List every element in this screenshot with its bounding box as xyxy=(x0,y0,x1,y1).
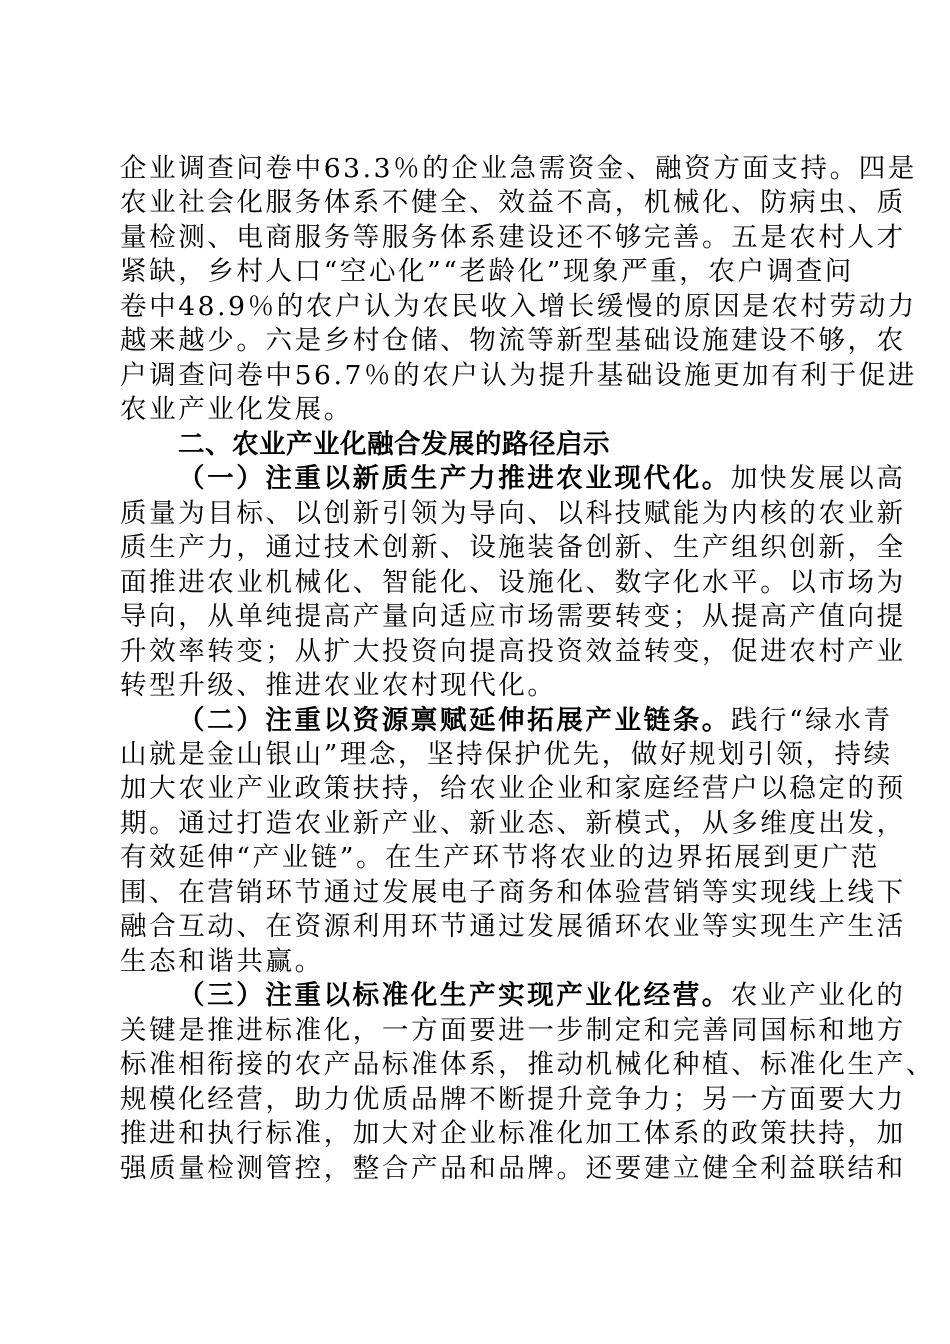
text-line: 围、在营销环节通过发展电子商务和体验营销等实现线上线下 xyxy=(120,876,830,910)
text-line: 生态和谐共赢。 xyxy=(120,945,830,979)
text-line: 企业调查问卷中63.3％的企业急需资金、融资方面支持。四是 xyxy=(120,152,830,186)
text-line: 质生产力，通过技术创新、设施装备创新、生产组织创新，全 xyxy=(120,531,830,565)
text-line: 导向，从单纯提高产量向适应市场需要转变；从提高产值向提 xyxy=(120,600,830,634)
text-span: 加快发展以高 xyxy=(731,463,906,494)
text-line: 面推进农业机械化、智能化、设施化、数字化水平。以市场为 xyxy=(120,566,830,600)
text-line: 升效率转变；从扩大投资向提高投资效益转变，促进农村产业 xyxy=(120,635,830,669)
paragraph-section-2: （二）注重以资源禀赋延伸拓展产业链条。践行“绿水青 山就是金山银山”理念，坚持保… xyxy=(120,704,830,980)
text-line: 山就是金山银山”理念，坚持保护优先，做好规划引领，持续 xyxy=(120,738,830,772)
text-line: （一）注重以新质生产力推进农业现代化。加快发展以高 xyxy=(120,462,830,496)
paragraph-lead: （一）注重以新质生产力推进农业现代化。 xyxy=(178,463,731,494)
text-span: 农业产业化的 xyxy=(731,980,906,1011)
text-line: （二）注重以资源禀赋延伸拓展产业链条。践行“绿水青 xyxy=(120,704,830,738)
text-line: 关键是推进标准化，一方面要进一步制定和完善同国标和地方 xyxy=(120,1014,830,1048)
paragraph-lead: （二）注重以资源禀赋延伸拓展产业链条。 xyxy=(178,705,731,736)
text-line: 加大农业产业政策扶持，给农业企业和家庭经营户以稳定的预 xyxy=(120,772,830,806)
paragraph-problems-continued: 企业调查问卷中63.3％的企业急需资金、融资方面支持。四是 农业社会化服务体系不… xyxy=(120,152,830,428)
paragraph-lead: （三）注重以标准化生产实现产业化经营。 xyxy=(178,980,731,1011)
text-line: 标准相衔接的农产品标准体系，推动机械化种植、标准化生产、 xyxy=(120,1048,830,1082)
text-line: 紧缺，乡村人口“空心化”“老龄化”现象严重，农户调查问 xyxy=(120,255,830,289)
text-line: 卷中48.9％的农户认为农民收入增长缓慢的原因是农村劳动力 xyxy=(120,290,830,324)
text-line: 强质量检测管控，整合产品和品牌。还要建立健全利益联结和 xyxy=(120,1152,830,1186)
text-line: 越来越少。六是乡村仓储、物流等新型基础设施建设不够，农 xyxy=(120,324,830,358)
paragraph-section-1: （一）注重以新质生产力推进农业现代化。加快发展以高 质量为目标、以创新引领为导向… xyxy=(120,462,830,703)
section-heading: 二、农业产业化融合发展的路径启示 xyxy=(120,428,830,462)
text-line: 规模化经营，助力优质品牌不断提升竞争力；另一方面要大力 xyxy=(120,1083,830,1117)
text-line: 推进和执行标准，加大对企业标准化加工体系的政策扶持，加 xyxy=(120,1117,830,1151)
text-span: 践行“绿水青 xyxy=(731,705,893,736)
text-line: 融合互动、在资源利用环节通过发展循环农业等实现生产生活 xyxy=(120,910,830,944)
text-line: 期。通过打造农业新产业、新业态、新模式，从多维度出发， xyxy=(120,807,830,841)
text-line: 质量为目标、以创新引领为导向、以科技赋能为内核的农业新 xyxy=(120,497,830,531)
paragraph-section-3: （三）注重以标准化生产实现产业化经营。农业产业化的 关键是推进标准化，一方面要进… xyxy=(120,979,830,1186)
text-line: 农业产业化发展。 xyxy=(120,393,830,427)
document-page: 企业调查问卷中63.3％的企业急需资金、融资方面支持。四是 农业社会化服务体系不… xyxy=(120,152,830,1186)
text-line: 量检测、电商服务等服务体系建设还不够完善。五是农村人才 xyxy=(120,221,830,255)
text-line: 有效延伸“产业链”。在生产环节将农业的边界拓展到更广范 xyxy=(120,841,830,875)
text-line: （三）注重以标准化生产实现产业化经营。农业产业化的 xyxy=(120,979,830,1013)
text-line: 转型升级、推进农业农村现代化。 xyxy=(120,669,830,703)
text-line: 户调查问卷中56.7％的农户认为提升基础设施更加有利于促进 xyxy=(120,359,830,393)
text-line: 农业社会化服务体系不健全、效益不高，机械化、防病虫、质 xyxy=(120,186,830,220)
